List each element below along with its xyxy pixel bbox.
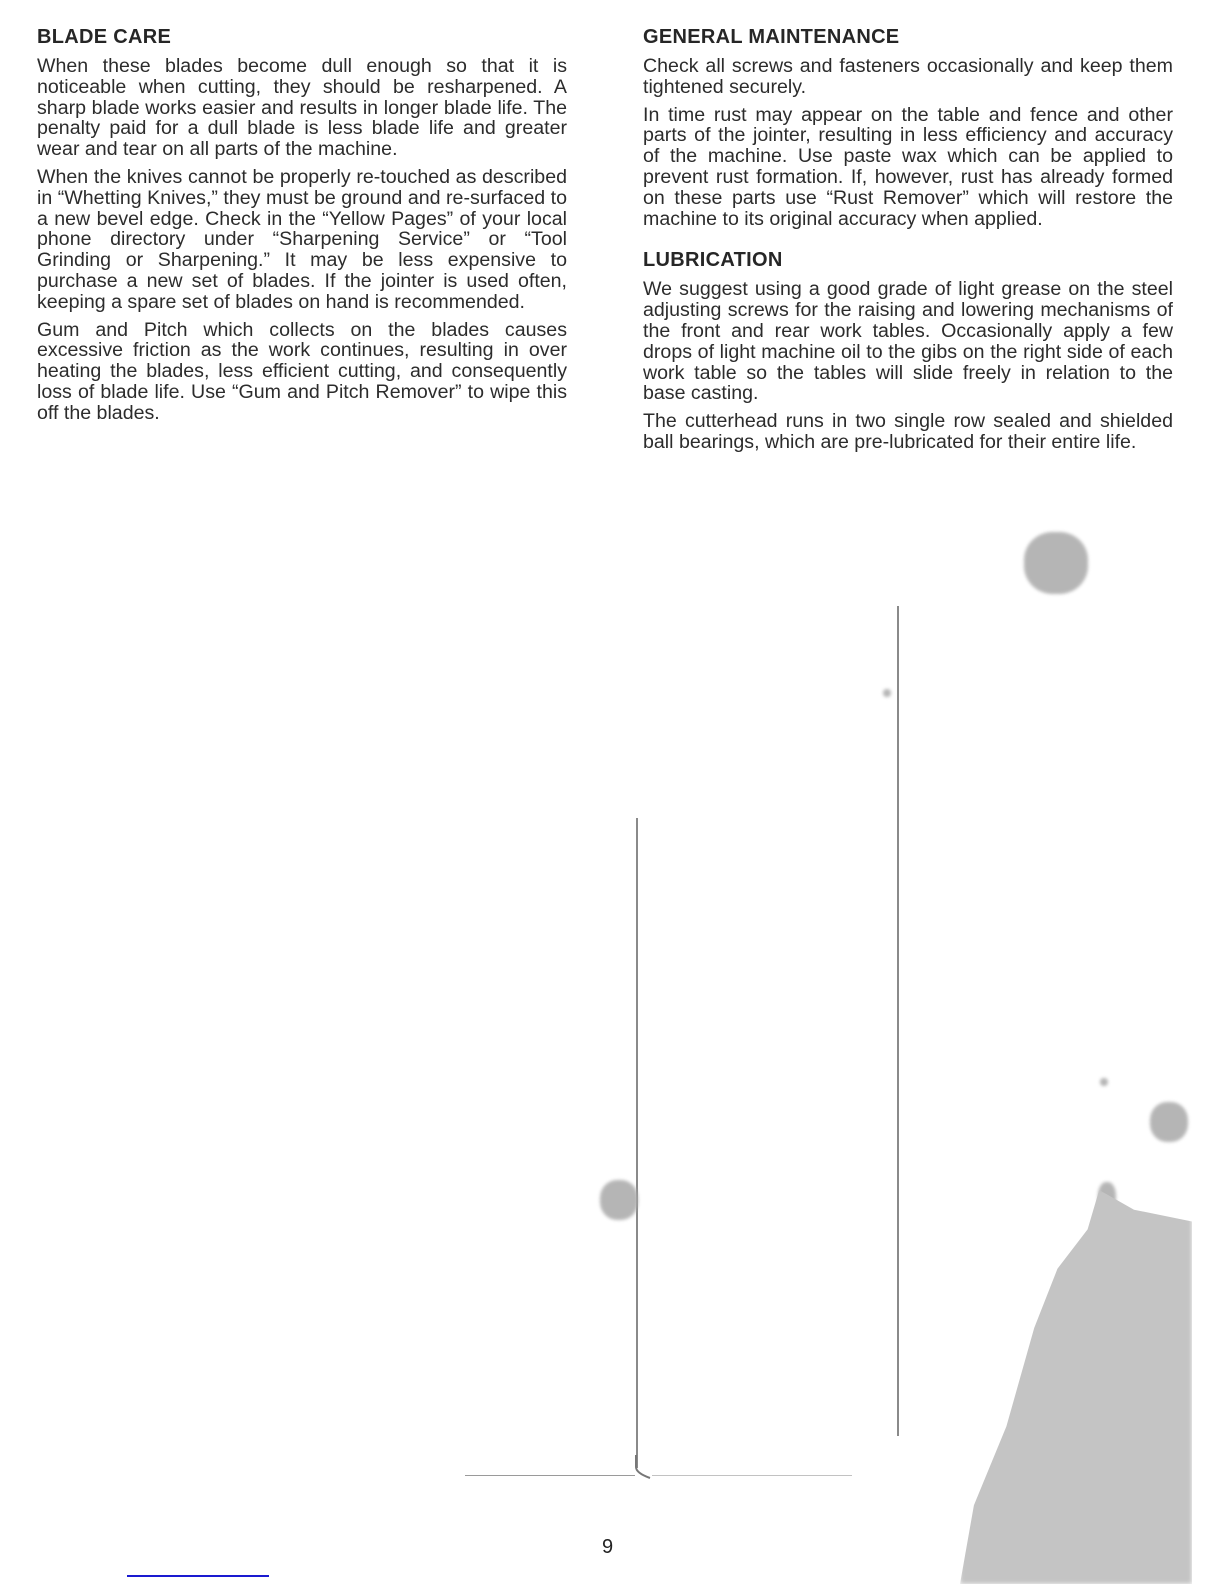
right-column: GENERAL MAINTENANCE Check all screws and… [643,24,1173,471]
stain-spot [1100,1078,1108,1086]
paragraph: The cutterhead runs in two single row se… [643,411,1173,453]
fold-line-bottom [465,1475,635,1476]
paragraph: Check all screws and fasteners occasiona… [643,56,1173,98]
fold-line-corner [630,1455,660,1485]
left-column: BLADE CARE When these blades become dull… [37,24,567,442]
section-general-maintenance: GENERAL MAINTENANCE Check all screws and… [643,24,1173,229]
fold-line-right [897,606,899,1436]
heading-lubrication: LUBRICATION [643,247,1173,273]
paragraph: When these blades become dull enough so … [37,56,567,160]
stain-spot [883,689,891,697]
link-underline[interactable] [127,1575,269,1577]
stain-spot [600,1180,638,1220]
heading-general-maintenance: GENERAL MAINTENANCE [643,24,1173,50]
stain-spot [1150,1102,1188,1142]
section-lubrication: LUBRICATION We suggest using a good grad… [643,247,1173,452]
paragraph: When the knives cannot be properly re-to… [37,167,567,313]
page-number: 9 [602,1536,613,1559]
heading-blade-care: BLADE CARE [37,24,567,50]
fold-line-left [636,818,638,1468]
stain-spot [1024,532,1088,594]
paragraph: In time rust may appear on the table and… [643,105,1173,230]
paragraph: Gum and Pitch which collects on the blad… [37,320,567,424]
fold-line-bottom-right [652,1475,852,1476]
section-blade-care: BLADE CARE When these blades become dull… [37,24,567,424]
paragraph: We suggest using a good grade of light g… [643,279,1173,404]
stain-large [960,1190,1192,1584]
